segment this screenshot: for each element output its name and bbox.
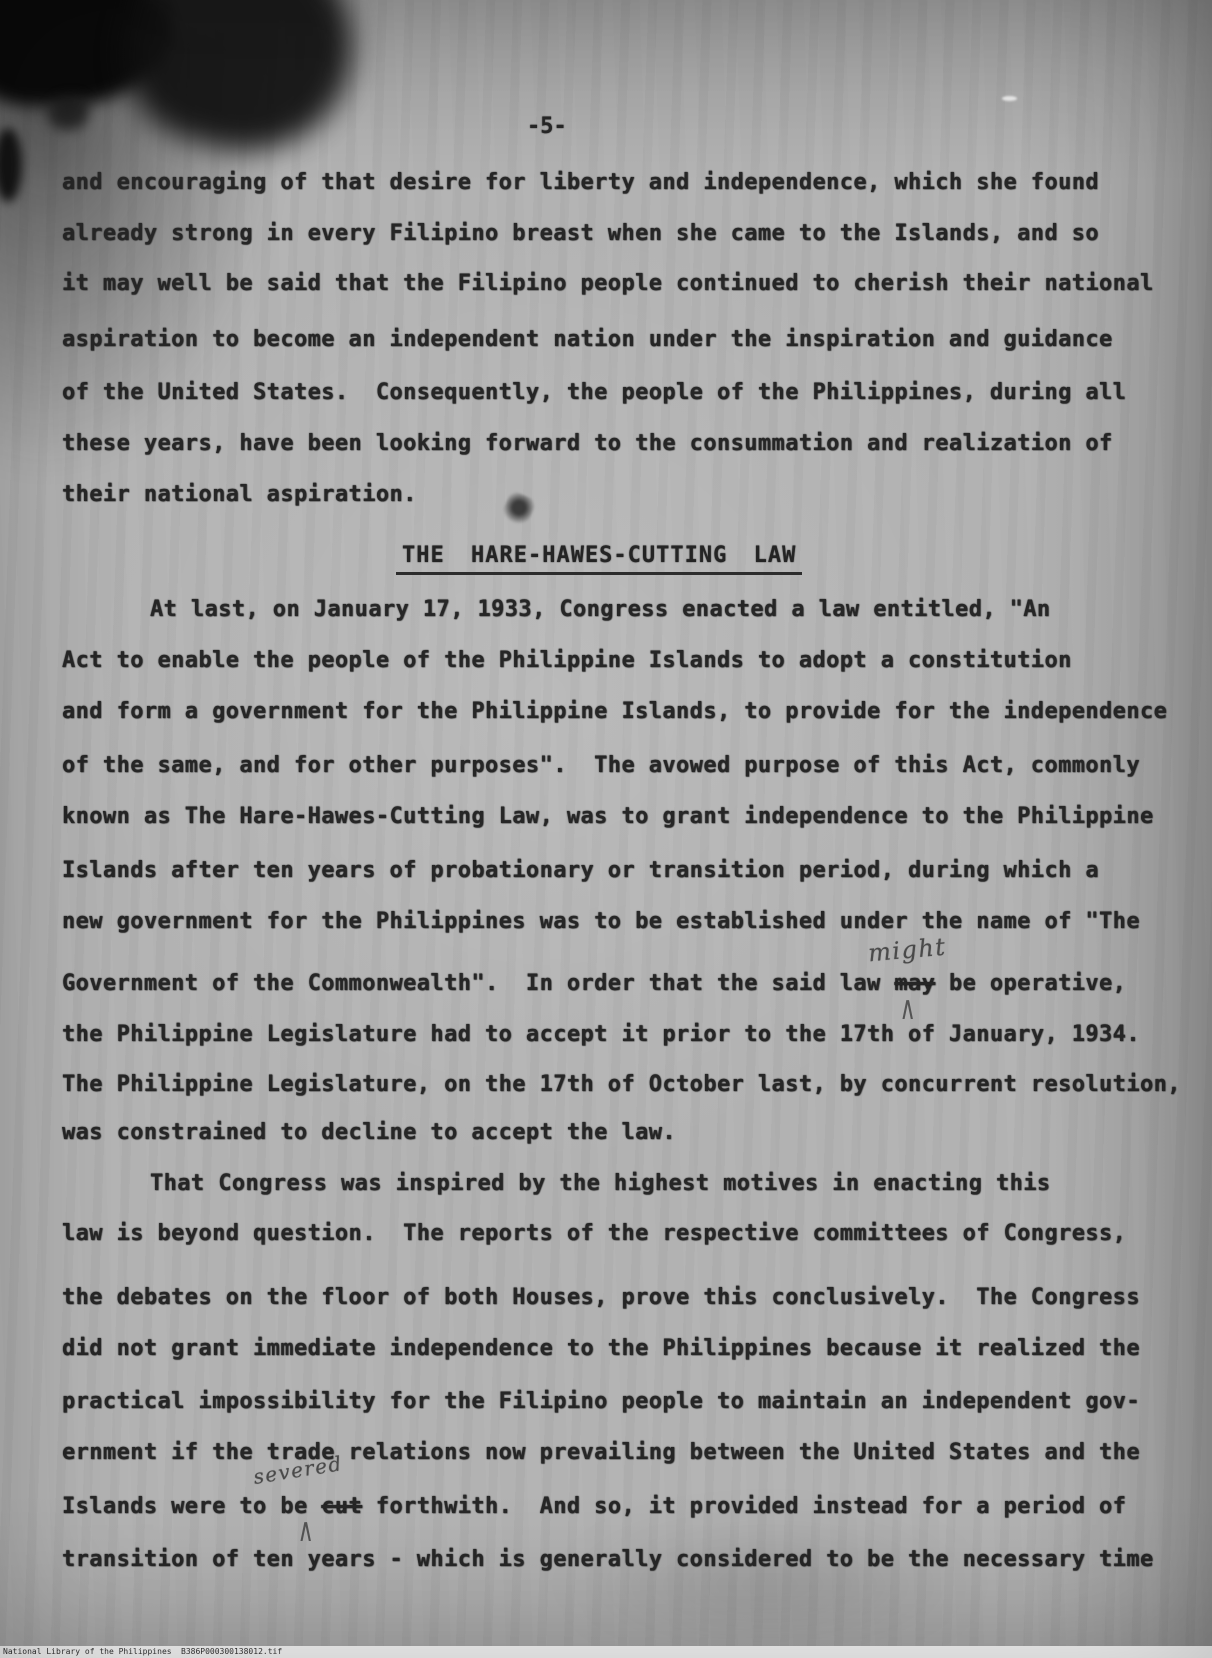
typewritten-text-layer: -5- THE HARE-HAWES-CUTTING LAW and encou… [0,0,1212,1658]
typewritten-line: these years, have been looking forward t… [62,431,1113,457]
footer-library-label: National Library of the Philippines [3,1647,172,1657]
typewritten-line: did not grant immediate independence to … [62,1336,1140,1362]
typewritten-line: aspiration to become an independent nati… [62,327,1113,353]
typewritten-line: the Philippine Legislature had to accept… [62,1022,1140,1048]
typewritten-line: new government for the Philippines was t… [62,909,1140,935]
handwritten-correction: might [867,933,948,968]
proofreader-caret: ∧ [900,989,916,1026]
typewritten-line: The Philippine Legislature, on the 17th … [62,1072,1181,1098]
typewritten-line: law is beyond question. The reports of t… [62,1221,1126,1247]
page-number: -5- [527,115,567,139]
typewritten-line: practical impossibility for the Filipino… [62,1389,1140,1415]
typewritten-line: already strong in every Filipino breast … [62,221,1099,247]
scanned-document-page: -5- THE HARE-HAWES-CUTTING LAW and encou… [0,0,1212,1658]
typewritten-line: Act to enable the people of the Philippi… [62,648,1072,674]
scanner-footer-strip: National Library of the Philippines B386… [0,1646,1212,1658]
typewritten-line: and form a government for the Philippine… [62,699,1167,725]
proofreader-caret: ∧ [298,1511,314,1548]
typewritten-line: ernment if the trade relations now preva… [62,1440,1140,1466]
section-heading: THE HARE-HAWES-CUTTING LAW [396,543,802,575]
typewritten-line: That Congress was inspired by the highes… [150,1171,1051,1197]
typewritten-line: of the same, and for other purposes". Th… [62,753,1140,779]
typewritten-line: Islands after ten years of probationary … [62,858,1099,884]
typewritten-line: Islands were to be cut forthwith. And so… [62,1494,1126,1520]
footer-file-id: B386P000300138012.tif [181,1647,282,1657]
typewritten-line: known as The Hare-Hawes-Cutting Law, was… [62,804,1154,830]
typewritten-line: Government of the Commonwealth". In orde… [62,971,1126,997]
typewritten-line: their national aspiration. [62,482,417,508]
typewritten-line: it may well be said that the Filipino pe… [62,271,1154,297]
typewritten-line: At last, on January 17, 1933, Congress e… [150,597,1051,623]
typewritten-line: transition of ten years - which is gener… [62,1547,1154,1573]
typewritten-line: was constrained to decline to accept the… [62,1120,676,1146]
typewritten-line: of the United States. Consequently, the … [62,380,1126,406]
typewritten-line: and encouraging of that desire for liber… [62,170,1099,196]
typewritten-line: the debates on the floor of both Houses,… [62,1285,1140,1311]
